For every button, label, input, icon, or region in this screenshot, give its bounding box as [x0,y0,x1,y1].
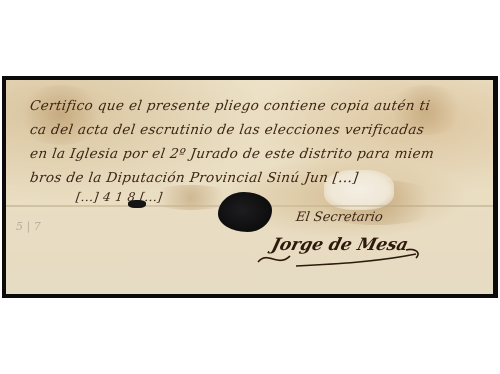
closing-title: El Secretario [295,210,384,225]
wax-seal [218,192,272,232]
text-line-2: ca del acta del escrutinio de las elecci… [29,122,425,138]
text-line-3: en la Iglesia por el 2º Jurado de este d… [29,146,435,162]
small-wax-mark [128,200,146,208]
text-line-4: bros de la Diputación Provincial Sinú Ju… [29,170,360,186]
document-paper: Certifico que el presente pliego contien… [6,80,493,294]
text-line-1: Certifico que el presente pliego contien… [29,98,431,114]
pencil-mark: 5 | 7 [16,220,41,233]
signature: Jorge de Mesa [270,235,411,255]
text-line-5: [...] 4 1 8 [...] [75,190,164,204]
